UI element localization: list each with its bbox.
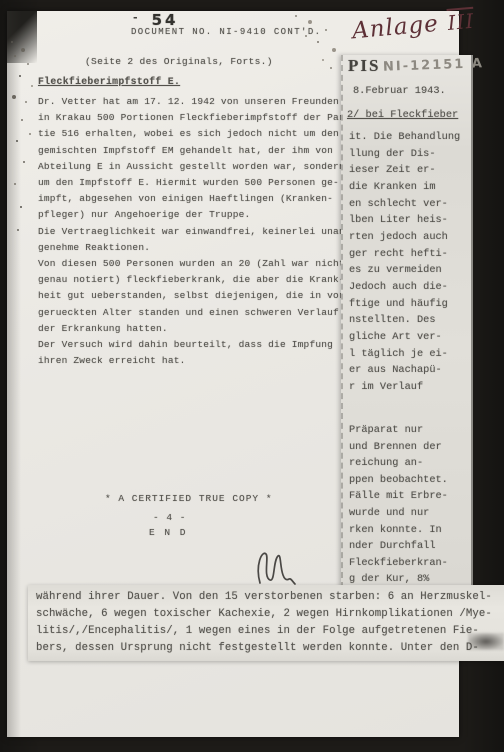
paper-speckles-top-right <box>295 15 297 17</box>
typed-line: Fleckfieberkran- <box>349 555 448 572</box>
typed-line: Jedoch auch die- <box>349 279 460 296</box>
strip-heading: 2/ bei Fleckfieber <box>347 109 458 121</box>
typed-line: genehme Reaktionen. <box>38 240 351 256</box>
typed-line: l täglich je ei- <box>349 346 460 363</box>
body-text: Dr. Vetter hat am 17. 12. 1942 von unser… <box>38 94 351 369</box>
typed-line: während ihrer Dauer. Von den 15 verstorb… <box>36 589 492 606</box>
typed-line: gerueckten Alter standen und einen schwe… <box>38 305 351 321</box>
typed-line: heit gut ueberstanden, selbst diejenigen… <box>38 288 351 304</box>
typed-line: en schlecht ver- <box>349 196 460 213</box>
typed-line: reichung an- <box>349 455 448 472</box>
section-heading: Fleckfieberimpfstoff E. <box>38 76 180 87</box>
typed-line: ieser Zeit er- <box>349 162 460 179</box>
typed-line: r im Verlauf <box>349 379 460 396</box>
typed-line: Präparat nur <box>349 422 448 439</box>
page-mark: - 4 - <box>153 512 187 523</box>
typed-line: Dr. Vetter hat am 17. 12. 1942 von unser… <box>38 94 351 110</box>
typed-line: Von diesen 500 Personen wurden an 20 (Za… <box>38 256 351 272</box>
typed-line: wurde und nur <box>349 505 448 522</box>
document-photo: - 54 DOCUMENT NO. NI-9410 CONT'D. (Seite… <box>0 0 504 752</box>
typed-line: llung der Dis- <box>349 146 460 163</box>
anlage-numeral: III <box>447 9 476 35</box>
typed-line: in Krakau 500 Portionen Fleckfieberimpfs… <box>38 110 351 126</box>
page-number-dash: - <box>133 11 138 24</box>
typed-line: bers, dessen Ursprung nicht festgestellt… <box>36 640 492 657</box>
typed-line: gliche Art ver- <box>349 329 460 346</box>
typed-line: Abteilung E in Aussicht gestellt worden … <box>38 159 351 175</box>
typed-line: ppen beobachtet. <box>349 472 448 489</box>
typed-line: ger recht hefti- <box>349 246 460 263</box>
typed-line: nder Durchfall <box>349 538 448 555</box>
bottom-text-block: während ihrer Dauer. Von den 15 verstorb… <box>36 589 492 657</box>
typed-line: tie 516 erhalten, wobei es sich jedoch n… <box>38 126 351 142</box>
strip-date: 8.Februar 1943. <box>353 85 446 97</box>
paper-speckles-left <box>11 41 13 43</box>
typed-line: Der Versuch wird dahin beurteilt, dass d… <box>38 337 351 353</box>
typed-line: lben Liter heis- <box>349 212 460 229</box>
typed-line: litis/,/Encephalitis/, 1 wegen eines in … <box>36 623 492 640</box>
typed-line: it. Die Behandlung <box>349 129 460 146</box>
strip-text-block-2: Präparat nurund Brennen derreichung an-p… <box>349 422 448 588</box>
seite-note: (Seite 2 des Originals, Forts.) <box>85 56 273 67</box>
bottom-page-strip: während ihrer Dauer. Von den 15 verstorb… <box>28 585 504 661</box>
typed-line: ftige und häufig <box>349 296 460 313</box>
typed-line: gemischten Impfstoff EM gehandelt hat, d… <box>38 143 351 159</box>
typed-line: Die Vertraeglichkeit war einwandfrei, ke… <box>38 224 351 240</box>
typed-line: nstellten. Des <box>349 312 460 329</box>
typed-line: genau notiert) fleckfieberkrank, die abe… <box>38 272 351 288</box>
typed-line: pfleger) nur Angehoerige der Truppe. <box>38 207 351 223</box>
typed-line: rken konnte. In <box>349 522 448 539</box>
typed-line: rten jedoch auch <box>349 229 460 246</box>
strip-text-block-1: it. Die Behandlungllung der Dis-ieser Ze… <box>349 129 460 396</box>
typed-line: der Erkrankung hatten. <box>38 321 351 337</box>
left-edge-shadow <box>7 11 21 737</box>
typed-line: die Kranken im <box>349 179 460 196</box>
typed-line: um den Impfstoff E. Hiermit wurden 500 P… <box>38 175 351 191</box>
typed-line: es zu vermeiden <box>349 262 460 279</box>
typed-line: Fälle mit Erbre- <box>349 488 448 505</box>
document-number-stamp: NI-12151 A <box>383 56 484 75</box>
certified-true-copy-line: * A CERTIFIED TRUE COPY * <box>105 493 273 504</box>
typed-line: und Brennen der <box>349 439 448 456</box>
typed-line: schwäche, 6 wegen toxischer Kachexie, 2 … <box>36 606 492 623</box>
typed-line: impft, abgesehen von einigen Haeftlingen… <box>38 191 351 207</box>
ink-smudge <box>468 633 504 650</box>
typed-line: ihren Zweck erreicht hat. <box>38 353 351 369</box>
end-mark: E N D <box>149 527 188 538</box>
right-page-strip: PIS NI-12151 A 8.Februar 1943. 2/ bei Fl… <box>341 55 473 588</box>
typed-line: er aus Nachapü- <box>349 362 460 379</box>
document-number-line: DOCUMENT NO. NI-9410 CONT'D. <box>131 27 321 37</box>
pis-stamp: PIS <box>348 56 380 76</box>
